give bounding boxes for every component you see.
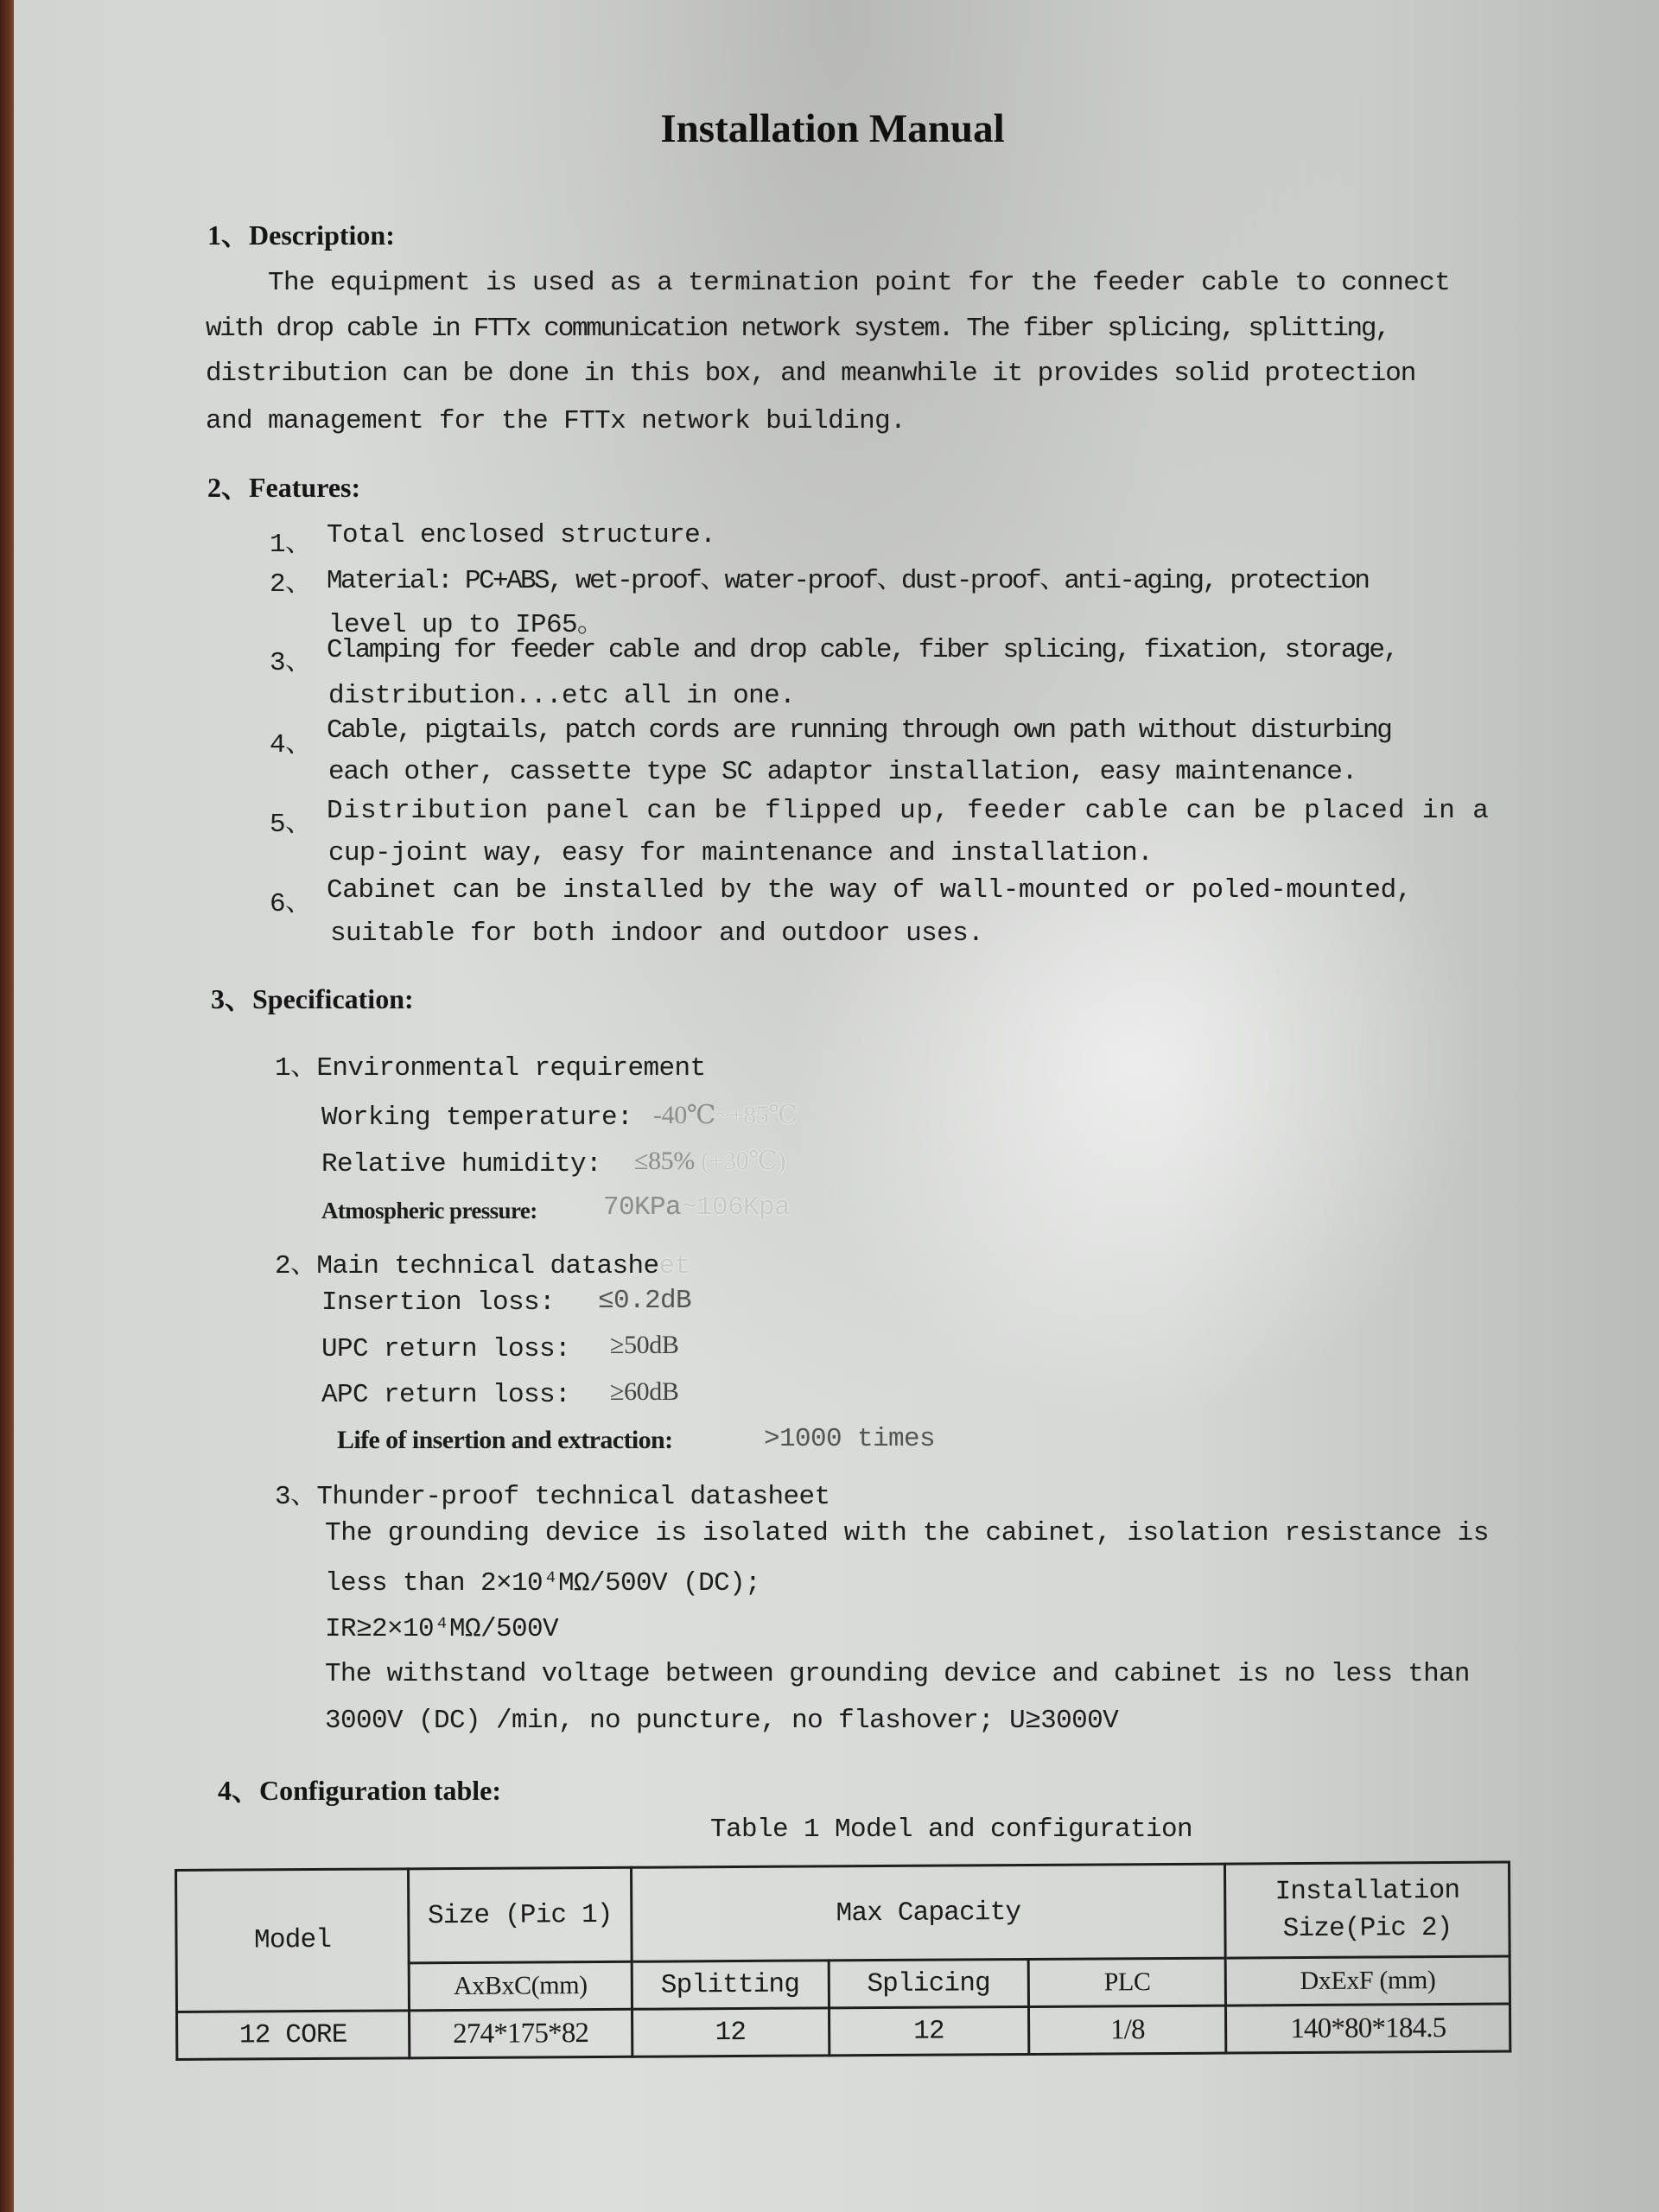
background-edge [0,0,14,2212]
feature-number: 4、 [270,721,311,760]
section-heading-configuration: 4、Configuration table: [218,1769,501,1808]
cell-plc: 1/8 [1029,2005,1227,2054]
feature-text: Material: PC+ABS, wet-proof、water-proof、… [327,556,1368,596]
spec-value: 70KPa~106Kpa [603,1192,790,1223]
configuration-table: Model Size (Pic 1) Max Capacity Installa… [175,1861,1511,2061]
feature-number: 5、 [270,800,311,840]
document-title: Installation Manual [14,105,1651,152]
section-heading-description: 1、Description: [207,213,395,253]
section-heading-specification: 3、Specification: [211,977,414,1017]
header-model: Model [176,1869,410,2012]
spec-value: ≤85% (+30℃) [634,1146,785,1176]
table-caption: Table 1 Model and configuration [14,1815,1659,1845]
spec-value: ≥50dB [610,1331,678,1360]
section-heading-features: 2、Features: [207,466,360,505]
header-splitting: Splitting [632,1961,829,2009]
feature-text: distribution...etc all in one. [328,681,795,711]
spec-label: Life of insertion and extraction: [337,1426,672,1455]
header-size-units: AxBxC(mm) [409,1961,632,2011]
spec-value: -40℃~+85℃ [653,1100,798,1130]
spec-label: Relative humidity: [321,1149,601,1179]
description-line: with drop cable in FTTx communication ne… [206,314,1389,344]
thunder-proof-line: less than 2×10⁴MΩ/500V (DC); [325,1568,760,1599]
description-line: distribution can be done in this box, an… [206,359,1415,389]
header-max-capacity: Max Capacity [631,1864,1225,1961]
header-size: Size (Pic 1) [409,1867,632,1963]
cell-installation-size: 140*80*184.5 [1226,2004,1510,2053]
header-splicing: Splicing [829,1959,1029,2007]
cell-size: 274*175*82 [410,2009,632,2058]
thunder-proof-line: The withstand voltage between grounding … [325,1659,1470,1689]
feature-text: Distribution panel can be flipped up, fe… [327,796,1490,826]
spec-value: ≥60dB [610,1377,678,1407]
spec-label: APC return loss: [321,1380,570,1410]
feature-number: 3、 [270,639,311,678]
header-install-units: DxExF (mm) [1226,1956,1510,2005]
feature-text: Clamping for feeder cable and drop cable… [327,635,1397,665]
description-line: and management for the FTTx network buil… [206,406,906,436]
table-header-row: Model Size (Pic 1) Max Capacity Installa… [176,1862,1510,1964]
thunder-proof-line: The grounding device is isolated with th… [325,1518,1489,1548]
header-installation-size: Installation Size(Pic 2) [1225,1862,1510,1958]
feature-text: suitable for both indoor and outdoor use… [330,918,983,949]
feature-text: Cabinet can be installed by the way of w… [327,875,1412,906]
spec-subheading-main-technical: 2、Main technical datasheet [275,1242,690,1281]
spec-label: Insertion loss: [321,1287,555,1318]
spec-label: Working temperature: [321,1103,632,1133]
cell-splicing: 12 [829,2006,1029,2055]
spec-label: Atmospheric pressure: [321,1198,537,1224]
feature-text: each other, cassette type SC adaptor ins… [328,757,1357,787]
header-plc: PLC [1028,1958,1226,2006]
spec-label: UPC return loss: [321,1334,570,1364]
spec-value: ≤0.2dB [598,1286,691,1316]
feature-number: 1、 [270,520,311,560]
thunder-proof-line: IR≥2×10⁴MΩ/500V [325,1614,558,1644]
feature-text: cup-joint way, easy for maintenance and … [328,838,1153,868]
spec-subheading-environmental: 1、Environmental requirement [275,1044,705,1084]
thunder-proof-line: 3000V (DC) /min, no puncture, no flashov… [325,1706,1118,1736]
description-line: The equipment is used as a termination p… [268,268,1450,298]
feature-text: Total enclosed structure. [327,520,715,550]
spec-subheading-thunder-proof: 3、Thunder-proof technical datasheet [275,1472,830,1512]
cell-model: 12 CORE [177,2011,410,2060]
table-row: 12 CORE 274*175*82 12 12 1/8 140*80*184.… [177,2004,1510,2059]
feature-text: Cable, pigtails, patch cords are running… [327,715,1390,746]
spec-value: >1000 times [764,1424,935,1454]
document-page: Installation Manual 1、Description: The e… [14,0,1659,2212]
feature-number: 6、 [270,880,311,919]
cell-splitting: 12 [632,2008,829,2056]
feature-number: 2、 [270,560,311,600]
